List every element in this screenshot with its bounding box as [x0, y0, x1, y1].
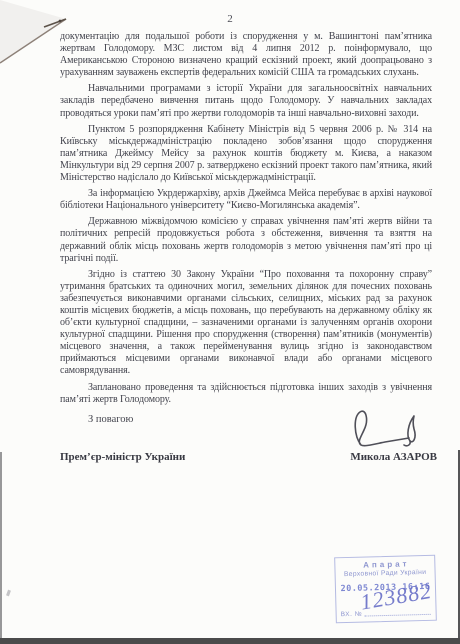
paragraph: Пунктом 5 розпорядження Кабінету Міністр… — [60, 124, 432, 184]
scan-speck — [6, 590, 11, 597]
signer-row: Прем’єр-міністр України Микола АЗАРОВ — [60, 451, 437, 463]
paragraph: Згідно із статтею 30 Закону України “Про… — [60, 269, 432, 378]
paragraph: Державною міжвідомчою комісією у справах… — [60, 216, 432, 264]
paragraph: Навчальними програмами з історії України… — [60, 83, 432, 119]
scanned-letter-page: 2 документацію для подальшої роботи із с… — [0, 0, 460, 644]
letter-body: документацію для подальшої роботи із спо… — [60, 31, 432, 410]
paragraph: документацію для подальшої роботи із спо… — [60, 31, 432, 79]
incoming-registration-stamp: Апарат Верховної Ради України 20.05.2013… — [334, 555, 437, 624]
stamp-org-line2: Верховної Ради України — [336, 569, 435, 579]
page-number: 2 — [0, 13, 460, 25]
scan-edge-bottom — [0, 638, 460, 644]
signer-title: Прем’єр-міністр України — [60, 451, 185, 463]
stamp-incoming-label: ВХ. № — [341, 611, 363, 619]
paragraph: За інформацією Укрдержархіву, архів Джей… — [60, 188, 432, 212]
scan-edge-left — [0, 452, 2, 638]
signer-name: Микола АЗАРОВ — [350, 451, 437, 463]
handwritten-signature — [345, 398, 440, 450]
closing-salutation: З повагою — [88, 414, 133, 425]
